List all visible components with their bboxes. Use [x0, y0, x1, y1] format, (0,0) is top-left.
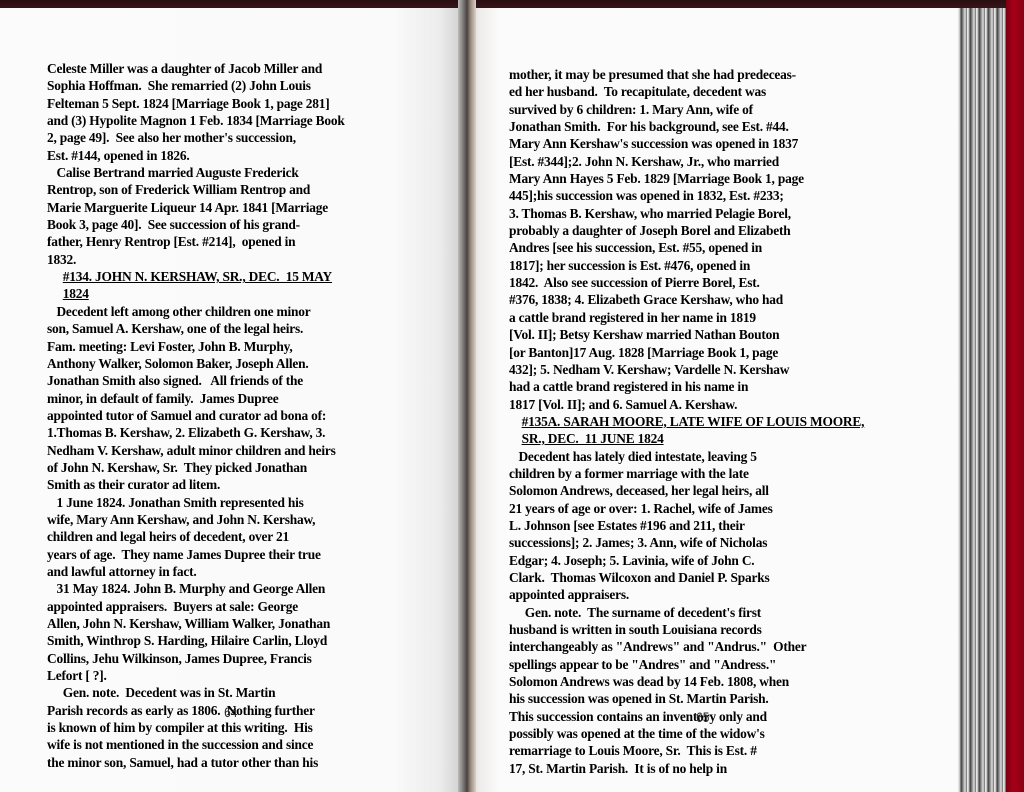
text-line: 445];his succession was opened in 1832, … [509, 187, 864, 204]
text-line: 1817]; her succession is Est. #476, open… [509, 257, 864, 274]
text-line: This succession contains an inventory on… [509, 708, 864, 725]
text-line: Clark. Thomas Wilcoxon and Daniel P. Spa… [509, 569, 864, 586]
text-line: L. Johnson [see Estates #196 and 211, th… [509, 517, 864, 534]
text-line: Felteman 5 Sept. 1824 [Marriage Book 1, … [47, 95, 345, 112]
text-line: Jonathan Smith. For his background, see … [509, 118, 864, 135]
text-line: husband is written in south Louisiana re… [509, 621, 864, 638]
text-line: 21 years of age or over: 1. Rachel, wife… [509, 500, 864, 517]
text-line: and lawful attorney in fact. [47, 563, 345, 580]
text-line: Solomon Andrews, deceased, her legal hei… [509, 482, 864, 499]
text-line: Mary Ann Hayes 5 Feb. 1829 [Marriage Boo… [509, 170, 864, 187]
text-line: ed her husband. To recapitulate, deceden… [509, 83, 864, 100]
text-line: father, Henry Rentrop [Est. #214], opene… [47, 233, 345, 250]
text-line: 2, page 49]. See also her mother's succe… [47, 129, 345, 146]
text-line: [Vol. II]; Betsy Kershaw married Nathan … [509, 326, 864, 343]
page-edges [958, 8, 1008, 792]
text-line: Parish records as early as 1806. Nothing… [47, 702, 345, 719]
book-gutter [458, 0, 476, 792]
text-line: Sophia Hoffman. She remarried (2) John L… [47, 77, 345, 94]
text-line: Fam. meeting: Levi Foster, John B. Murph… [47, 338, 345, 355]
text-line: wife is not mentioned in the succession … [47, 736, 345, 753]
text-line: probably a daughter of Joseph Borel and … [509, 222, 864, 239]
text-line: years of age. They name James Dupree the… [47, 546, 345, 563]
text-line: 1842. Also see succession of Pierre Bore… [509, 274, 864, 291]
page-number-right: 65 [696, 709, 709, 725]
text-line: Mary Ann Kershaw's succession was opened… [509, 135, 864, 152]
text-line: Lefort [ ?]. [47, 667, 345, 684]
text-line: minor, in default of family. James Dupre… [47, 390, 345, 407]
text-line: [or Banton]17 Aug. 1828 [Marriage Book 1… [509, 344, 864, 361]
text-line: Allen, John N. Kershaw, William Walker, … [47, 615, 345, 632]
text-line: children and legal heirs of decedent, ov… [47, 528, 345, 545]
text-line: Collins, Jehu Wilkinson, James Dupree, F… [47, 650, 345, 667]
text-line: wife, Mary Ann Kershaw, and John N. Kers… [47, 511, 345, 528]
text-line: appointed tutor of Samuel and curator ad… [47, 407, 345, 424]
book-cover [1006, 0, 1024, 792]
text-line: Rentrop, son of Frederick William Rentro… [47, 181, 345, 198]
text-line: the minor son, Samuel, had a tutor other… [47, 754, 345, 771]
text-line: had a cattle brand registered in his nam… [509, 378, 864, 395]
text-line: 1.Thomas B. Kershaw, 2. Elizabeth G. Ker… [47, 424, 345, 441]
text-line: Edgar; 4. Joseph; 5. Lavinia, wife of Jo… [509, 552, 864, 569]
text-line: remarriage to Louis Moore, Sr. This is E… [509, 742, 864, 759]
text-line: 432]; 5. Nedham V. Kershaw; Vardelle N. … [509, 361, 864, 378]
text-line: appointed appraisers. [509, 586, 864, 603]
text-line: and (3) Hypolite Magnon 1 Feb. 1834 [Mar… [47, 112, 345, 129]
section-heading-line: SR., DEC. 11 JUNE 1824 [509, 430, 864, 447]
page-number-left: 64 [224, 704, 237, 720]
text-line: children by a former marriage with the l… [509, 465, 864, 482]
section-heading-line: #134. JOHN N. KERSHAW, SR., DEC. 15 MAY [47, 268, 345, 285]
text-line: Gen. note. Decedent was in St. Martin [47, 684, 345, 701]
text-line: Calise Bertrand married Auguste Frederic… [47, 164, 345, 181]
section-heading-line: 1824 [47, 285, 345, 302]
text-line: son, Samuel A. Kershaw, one of the legal… [47, 320, 345, 337]
text-line: 17, St. Martin Parish. It is of no help … [509, 760, 864, 777]
right-page-text: mother, it may be presumed that she had … [509, 66, 864, 777]
text-line: possibly was opened at the time of the w… [509, 725, 864, 742]
text-line: is known of him by compiler at this writ… [47, 719, 345, 736]
text-line: Smith, Winthrop S. Harding, Hilaire Carl… [47, 632, 345, 649]
left-page-text: Celeste Miller was a daughter of Jacob M… [47, 60, 345, 771]
text-line: #376, 1838; 4. Elizabeth Grace Kershaw, … [509, 291, 864, 308]
text-line: 1832. [47, 251, 345, 268]
text-line: Decedent has lately died intestate, leav… [509, 448, 864, 465]
book-spread: Celeste Miller was a daughter of Jacob M… [0, 0, 1024, 792]
text-line: spellings appear to be "Andres" and "And… [509, 656, 864, 673]
text-line: 1 June 1824. Jonathan Smith represented … [47, 494, 345, 511]
section-heading-line: #135A. SARAH MOORE, LATE WIFE OF LOUIS M… [509, 413, 864, 430]
text-line: Andres [see his succession, Est. #55, op… [509, 239, 864, 256]
text-line: his succession was opened in St. Martin … [509, 690, 864, 707]
text-line: Book 3, page 40]. See succession of his … [47, 216, 345, 233]
text-line: 3. Thomas B. Kershaw, who married Pelagi… [509, 205, 864, 222]
text-line: 1817 [Vol. II]; and 6. Samuel A. Kershaw… [509, 396, 864, 413]
text-line: successions]; 2. James; 3. Ann, wife of … [509, 534, 864, 551]
text-line: Solomon Andrews was dead by 14 Feb. 1808… [509, 673, 864, 690]
text-line: Smith as their curator ad litem. [47, 476, 345, 493]
text-line: mother, it may be presumed that she had … [509, 66, 864, 83]
text-line: [Est. #344];2. John N. Kershaw, Jr., who… [509, 153, 864, 170]
text-line: survived by 6 children: 1. Mary Ann, wif… [509, 101, 864, 118]
text-line: Celeste Miller was a daughter of Jacob M… [47, 60, 345, 77]
text-line: Marie Marguerite Liqueur 14 Apr. 1841 [M… [47, 199, 345, 216]
text-line: 31 May 1824. John B. Murphy and George A… [47, 580, 345, 597]
text-line: Nedham V. Kershaw, adult minor children … [47, 442, 345, 459]
text-line: Est. #144, opened in 1826. [47, 147, 345, 164]
text-line: appointed appraisers. Buyers at sale: Ge… [47, 598, 345, 615]
text-line: interchangeably as "Andrews" and "Andrus… [509, 638, 864, 655]
text-line: a cattle brand registered in her name in… [509, 309, 864, 326]
text-line: Gen. note. The surname of decedent's fir… [509, 604, 864, 621]
text-line: Decedent left among other children one m… [47, 303, 345, 320]
text-line: Jonathan Smith also signed. All friends … [47, 372, 345, 389]
text-line: Anthony Walker, Solomon Baker, Joseph Al… [47, 355, 345, 372]
text-line: of John N. Kershaw, Sr. They picked Jona… [47, 459, 345, 476]
